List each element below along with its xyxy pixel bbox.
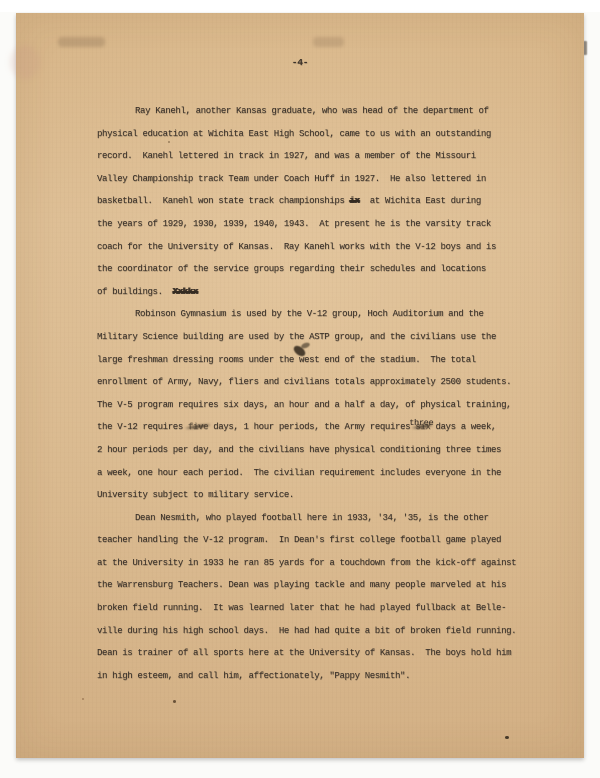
typed-line: large freshman dressing rooms under the … [97, 349, 533, 372]
ink-blot [290, 343, 312, 362]
paper-speck [505, 736, 509, 739]
typed-text-segment: the V-12 requires [97, 422, 188, 432]
typed-text-segment: broken field running. It was learned lat… [97, 603, 506, 613]
typed-text-segment: the coordinator of the service groups re… [97, 264, 486, 274]
paper-speck [168, 141, 170, 143]
typed-text-segment: 2 hour periods per day, and the civilian… [97, 445, 501, 455]
typed-text-segment: Ray Kanehl, another Kansas graduate, who… [135, 106, 489, 116]
scan-background: -4- Ray Kanehl, another Kansas graduate,… [0, 0, 600, 778]
typed-text-segment: Valley Championship track Team under Coa… [97, 174, 486, 184]
typed-line: broken field running. It was learned lat… [97, 597, 533, 620]
typed-text-segment: of buildings. [97, 287, 173, 297]
typed-text-segment: at the University in 1933 he ran 85 yard… [97, 558, 516, 568]
typed-line: enrollment of Army, Navy, fliers and civ… [97, 371, 533, 394]
typed-text-segment: at Wichita East during [360, 196, 481, 206]
typed-line: a week, one hour each period. The civili… [97, 462, 533, 485]
typed-line: Dean is trainer of all sports here at th… [97, 642, 533, 665]
typed-line: record. Kanehl lettered in track in 1927… [97, 145, 533, 168]
typed-text-segment: the Warrensburg Teachers. Dean was playi… [97, 580, 506, 590]
typed-line: Valley Championship track Team under Coa… [97, 168, 533, 191]
typed-line: basketball. Kanehl won state track champ… [97, 190, 533, 213]
typed-line: teacher handling the V-12 program. In De… [97, 529, 533, 552]
typed-line: physical education at Wichita East High … [97, 123, 533, 146]
typed-line: ville during his high school days. He ha… [97, 620, 533, 643]
typed-text-segment: ville during his high school days. He ha… [97, 626, 516, 636]
typed-text-segment: days, 1 hour periods, the Army requires [208, 422, 415, 432]
typed-text-segment: large freshman dressing rooms under the … [97, 355, 476, 365]
typed-text-segment: a week, one hour each period. The civili… [97, 468, 501, 478]
typed-text-segment: physical education at Wichita East High … [97, 129, 491, 139]
typed-line: coach for the University of Kansas. Ray … [97, 236, 533, 259]
typed-text-segment: in high esteem, and call him, affectiona… [97, 671, 410, 681]
interlinear-insertion: three [409, 412, 433, 435]
typed-line: in high esteem, and call him, affectiona… [97, 665, 533, 688]
typed-line: of buildings. Xxkkx [97, 281, 533, 304]
typed-text-segment: Dean Nesmith, who played football here i… [135, 513, 489, 523]
typed-line: at the University in 1933 he ran 85 yard… [97, 552, 533, 575]
typed-text-segment: University subject to military service. [97, 490, 294, 500]
typed-text-segment: days a week, [430, 422, 496, 432]
paper-speck [82, 698, 84, 700]
bleed-through-smudge [58, 37, 105, 47]
paper-stain [10, 45, 40, 79]
page-number: -4- [292, 57, 309, 68]
typed-line: Robinson Gymnasium is used by the V-12 g… [97, 303, 533, 326]
typed-text-segment: The V-5 program requires six days, an ho… [97, 400, 511, 410]
typed-line: Military Science building are used by th… [97, 326, 533, 349]
bleed-through-smudge [313, 37, 344, 47]
typed-text-segment: Military Science building are used by th… [97, 332, 496, 342]
typed-text-segment: enrollment of Army, Navy, fliers and civ… [97, 377, 511, 387]
typed-text-segment: teacher handling the V-12 program. In De… [97, 535, 501, 545]
typed-text-segment: Dean is trainer of all sports here at th… [97, 648, 511, 658]
typed-line: the coordinator of the service groups re… [97, 258, 533, 281]
struck-out-word: ix [350, 196, 360, 206]
typed-text-segment: coach for the University of Kansas. Ray … [97, 242, 496, 252]
typed-line: 2 hour periods per day, and the civilian… [97, 439, 533, 462]
document-page: -4- Ray Kanehl, another Kansas graduate,… [16, 13, 584, 758]
struck-out-word: Xxkkx [173, 287, 198, 297]
typed-text-segment: record. Kanehl lettered in track in 1927… [97, 151, 476, 161]
typed-line: Dean Nesmith, who played football here i… [97, 507, 533, 530]
blotted-word: sixthree [415, 422, 430, 432]
paper-speck [173, 700, 176, 703]
typed-text: Ray Kanehl, another Kansas graduate, who… [97, 100, 533, 687]
blotted-word: five [188, 422, 208, 432]
typed-line: the V-12 requires five days, 1 hour peri… [97, 416, 533, 439]
typed-text-segment: the years of 1929, 1930, 1939, 1940, 194… [97, 219, 491, 229]
typed-line: the Warrensburg Teachers. Dean was playi… [97, 574, 533, 597]
typed-line: University subject to military service. [97, 484, 533, 507]
typed-text-segment: Robinson Gymnasium is used by the V-12 g… [135, 309, 484, 319]
typed-line: The V-5 program requires six days, an ho… [97, 394, 533, 417]
typed-line: the years of 1929, 1930, 1939, 1940, 194… [97, 213, 533, 236]
typed-text-segment: basketball. Kanehl won state track champ… [97, 196, 350, 206]
typed-line: Ray Kanehl, another Kansas graduate, who… [97, 100, 533, 123]
